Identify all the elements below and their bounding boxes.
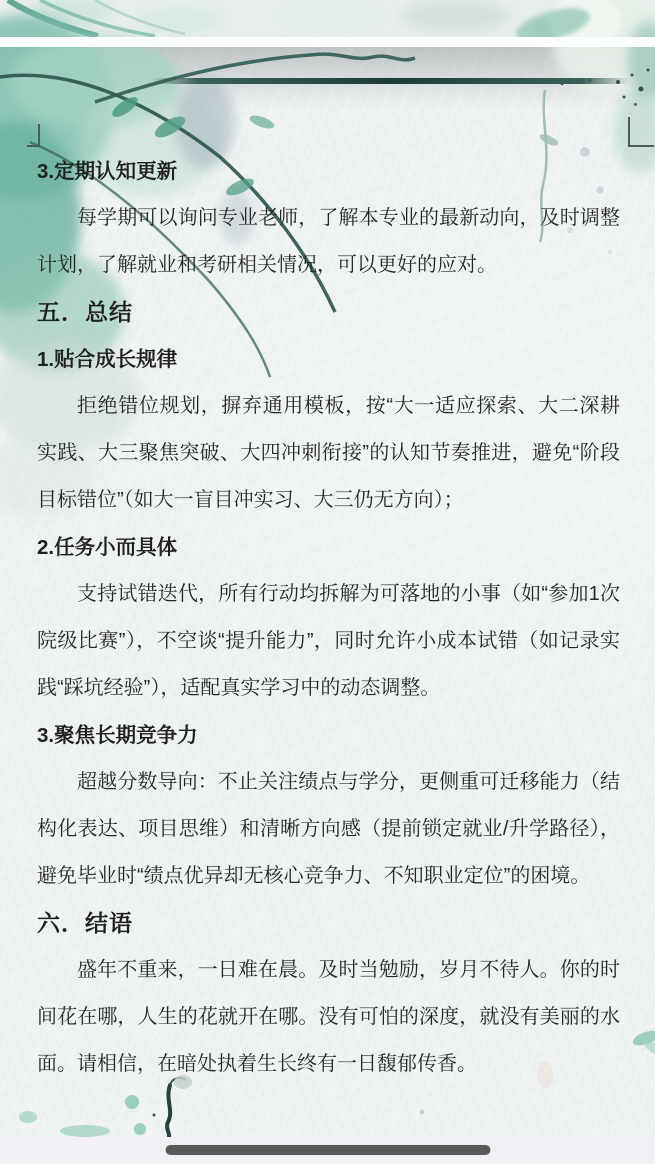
subheading: 3.定期认知更新 (37, 148, 620, 195)
previous-page-strip (0, 0, 655, 37)
section-title: 六．结语 (37, 900, 620, 947)
left-corner-mark (27, 124, 40, 147)
paragraph: 拒绝错位规划，摒弃通用模板，按“大一适应探索、大二深耕实践、大三聚焦突破、大四冲… (37, 383, 620, 524)
phone-screen: 3.定期认知更新每学期可以询问专业老师，了解本专业的最新动向，及时调整计划，了解… (0, 0, 655, 1164)
subheading: 3.聚焦长期竞争力 (37, 712, 620, 759)
subheading: 1.贴合成长规律 (37, 336, 620, 383)
section-title: 五．总结 (37, 289, 620, 336)
system-bottom-bar (0, 1137, 655, 1164)
paragraph: 超越分数导向：不止关注绩点与学分，更侧重可迁移能力（结构化表达、项目思维）和清晰… (37, 759, 620, 900)
home-indicator[interactable] (165, 1145, 490, 1155)
paragraph: 每学期可以询问专业老师，了解本专业的最新动向，及时调整计划，了解就业和考研相关情… (37, 195, 620, 289)
teal-divider-line (150, 78, 630, 84)
paragraph: 支持试错迭代，所有行动均拆解为可落地的小事（如“参加1次院级比赛”），不空谈“提… (37, 571, 620, 712)
page-top-white-band (0, 37, 655, 47)
paragraph: 盛年不重来，一日难在晨。及时当勉励，岁月不待人。你的时间花在哪，人生的花就开在哪… (37, 947, 620, 1088)
subheading: 2.任务小而具体 (37, 524, 620, 571)
right-corner-mark (628, 117, 654, 147)
document-body[interactable]: 3.定期认知更新每学期可以询问专业老师，了解本专业的最新动向，及时调整计划，了解… (37, 148, 620, 1088)
corner-dot-mark (634, 103, 637, 106)
